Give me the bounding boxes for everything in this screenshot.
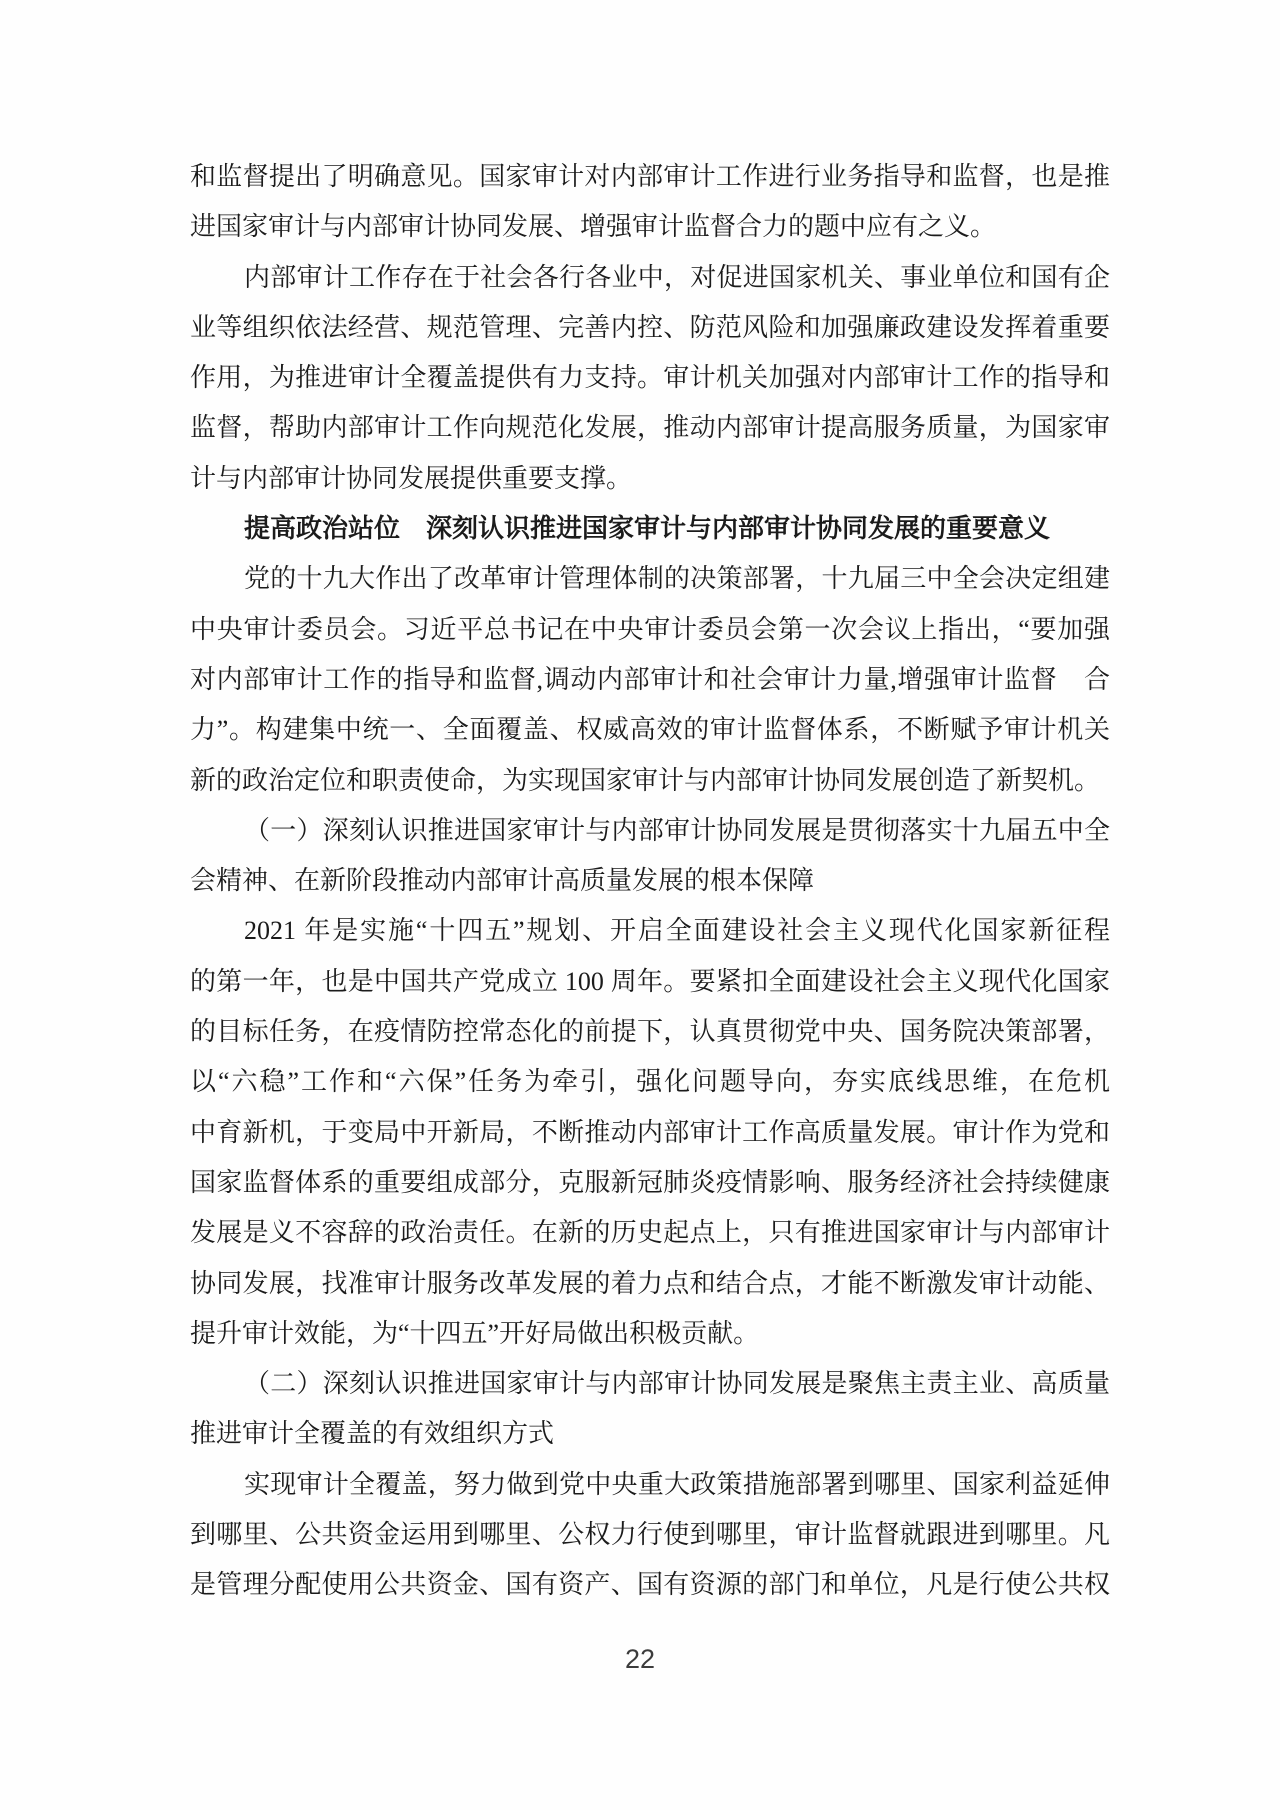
- text-line: 进国家审计与内部审计协同发展、增强审计监督合力的题中应有之义。: [190, 202, 1110, 252]
- text-line: 协同发展，找准审计服务改革发展的着力点和结合点，才能不断激发审计动能、: [190, 1259, 1110, 1309]
- text-line: 对内部审计工作的指导和监督,调动内部审计和社会审计力量,增强审计监督 合: [190, 655, 1110, 705]
- text-line: 作用，为推进审计全覆盖提供有力支持。审计机关加强对内部审计工作的指导和: [190, 353, 1110, 403]
- text-line: 计与内部审计协同发展提供重要支撑。: [190, 454, 1110, 504]
- text-line: 国家监督体系的重要组成部分，克服新冠肺炎疫情影响、服务经济社会持续健康: [190, 1158, 1110, 1208]
- text-line: 内部审计工作存在于社会各行各业中，对促进国家机关、事业单位和国有企: [190, 253, 1110, 303]
- text-block: 和监督提出了明确意见。国家审计对内部审计工作进行业务指导和监督，也是推进国家审计…: [190, 152, 1110, 1611]
- text-line: 2021 年是实施“十四五”规划、开启全面建设社会主义现代化国家新征程: [190, 906, 1110, 956]
- text-line: 的目标任务，在疫情防控常态化的前提下，认真贯彻党中央、国务院决策部署，: [190, 1007, 1110, 1057]
- text-line: 业等组织依法经营、规范管理、完善内控、防范风险和加强廉政建设发挥着重要: [190, 303, 1110, 353]
- text-line: 提升审计效能，为“十四五”开好局做出积极贡献。: [190, 1309, 1110, 1359]
- text-line: 力”。构建集中统一、全面覆盖、权威高效的审计监督体系，不断赋予审计机关: [190, 705, 1110, 755]
- text-line: 会精神、在新阶段推动内部审计高质量发展的根本保障: [190, 856, 1110, 906]
- text-line: 中央审计委员会。习近平总书记在中央审计委员会第一次会议上指出，“要加强: [190, 605, 1110, 655]
- text-line: 到哪里、公共资金运用到哪里、公权力行使到哪里，审计监督就跟进到哪里。凡: [190, 1510, 1110, 1560]
- text-line: 新的政治定位和职责使命，为实现国家审计与内部审计协同发展创造了新契机。: [190, 756, 1110, 806]
- text-line: 和监督提出了明确意见。国家审计对内部审计工作进行业务指导和监督，也是推: [190, 152, 1110, 202]
- text-line: 的第一年，也是中国共产党成立 100 周年。要紧扣全面建设社会主义现代化国家: [190, 957, 1110, 1007]
- document-page: 和监督提出了明确意见。国家审计对内部审计工作进行业务指导和监督，也是推进国家审计…: [0, 0, 1280, 1810]
- page-number: 22: [0, 1644, 1280, 1675]
- text-line: 监督，帮助内部审计工作向规范化发展，推动内部审计提高服务质量，为国家审: [190, 403, 1110, 453]
- text-line: 党的十九大作出了改革审计管理体制的决策部署，十九届三中全会决定组建: [190, 554, 1110, 604]
- section-heading: 提高政治站位 深刻认识推进国家审计与内部审计协同发展的重要意义: [190, 504, 1110, 554]
- text-line: 推进审计全覆盖的有效组织方式: [190, 1409, 1110, 1459]
- text-line: 实现审计全覆盖，努力做到党中央重大政策措施部署到哪里、国家利益延伸: [190, 1460, 1110, 1510]
- text-line: 中育新机，于变局中开新局，不断推动内部审计工作高质量发展。审计作为党和: [190, 1108, 1110, 1158]
- text-line: 是管理分配使用公共资金、国有资产、国有资源的部门和单位，凡是行使公共权: [190, 1560, 1110, 1610]
- text-line: 以“六稳”工作和“六保”任务为牵引，强化问题导向，夯实底线思维，在危机: [190, 1057, 1110, 1107]
- text-line: 发展是义不容辞的政治责任。在新的历史起点上，只有推进国家审计与内部审计: [190, 1208, 1110, 1258]
- text-line: （一）深刻认识推进国家审计与内部审计协同发展是贯彻落实十九届五中全: [190, 806, 1110, 856]
- text-line: （二）深刻认识推进国家审计与内部审计协同发展是聚焦主责主业、高质量: [190, 1359, 1110, 1409]
